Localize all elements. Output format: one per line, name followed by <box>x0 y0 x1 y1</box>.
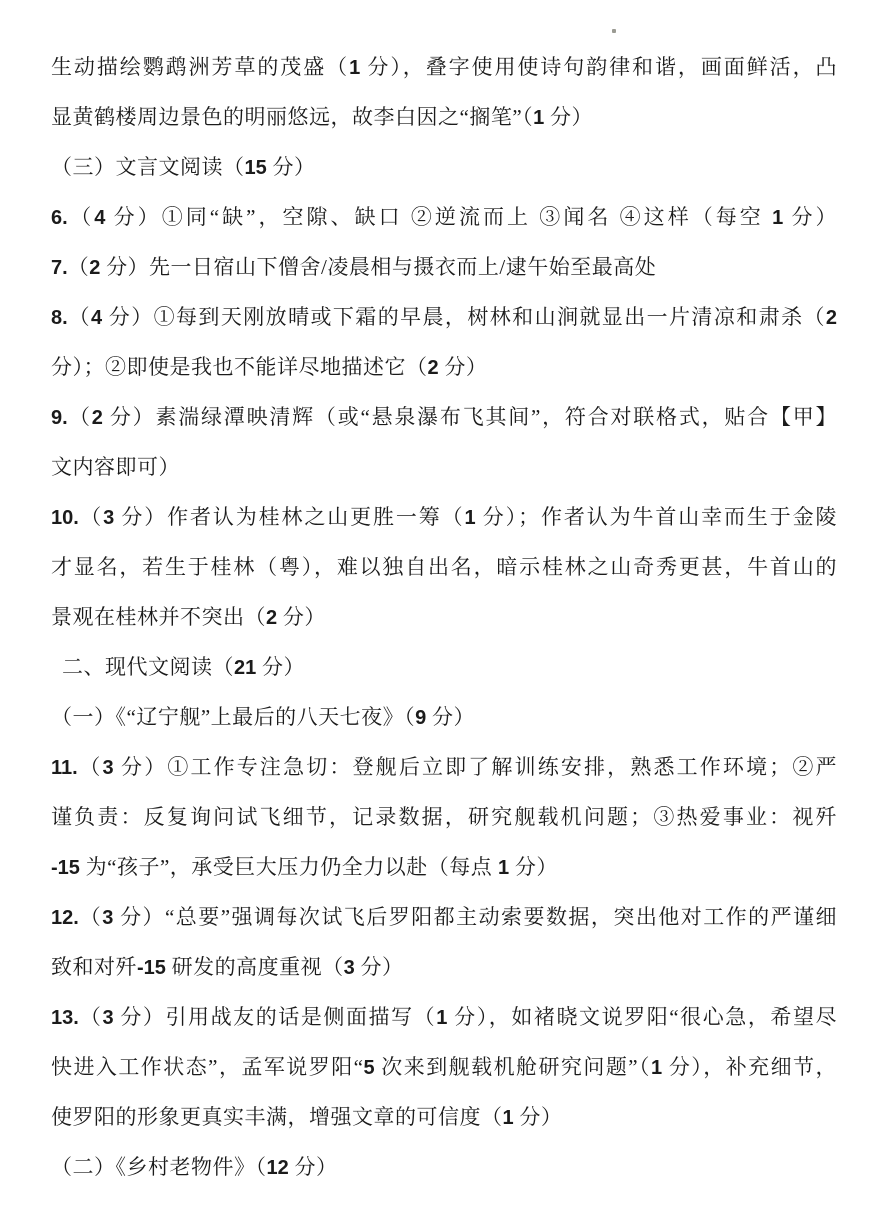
number-text: 2 <box>92 407 103 429</box>
number-text: 3 <box>102 907 113 929</box>
number-text: 1 <box>465 507 476 529</box>
number-text: -15 <box>51 857 80 879</box>
number-text: 1 <box>498 857 509 879</box>
number-text: 2 <box>89 257 100 279</box>
text-line: 10.（3 分）作者认为桂林之山更胜一筹（1 分）；作者认为牛首山幸而生于金陵 <box>51 492 837 542</box>
number-text: 1 <box>349 57 360 79</box>
number-text: 4 <box>91 307 102 329</box>
text-line: 文内容即可） <box>51 442 837 492</box>
text-line: -15 为“孩子”，承受巨大压力仍全力以赴（每点 1 分） <box>51 842 837 892</box>
answer-key-text-block: 生动描绘鹦鹉洲芳草的茂盛（1 分），叠字使用使诗句韵律和谐，画面鲜活，凸显黄鹤楼… <box>51 42 837 1192</box>
number-text: 1 <box>533 107 544 129</box>
number-text: 3 <box>103 507 114 529</box>
number-text: 3 <box>102 1007 113 1029</box>
number-text: 9 <box>415 707 426 729</box>
text-line: 才显名，若生于桂林（粤），难以独自出名，暗示桂林之山奇秀更甚，牛首山的 <box>51 542 837 592</box>
number-text: 9. <box>51 407 68 429</box>
number-text: 2 <box>826 307 837 329</box>
text-line: （一）《“辽宁舰”上最后的八天七夜》（9 分） <box>51 692 837 742</box>
number-text: 1 <box>503 1107 514 1129</box>
number-text: 2 <box>266 607 277 629</box>
text-line: 生动描绘鹦鹉洲芳草的茂盛（1 分），叠字使用使诗句韵律和谐，画面鲜活，凸 <box>51 42 837 92</box>
number-text: 3 <box>344 957 355 979</box>
number-text: 10. <box>51 507 79 529</box>
text-line: 显黄鹤楼周边景色的明丽悠远，故李白因之“搁笔”（1 分） <box>51 92 837 142</box>
text-line: 谨负责：反复询问试飞细节，记录数据，研究舰载机问题；③热爱事业：视歼 <box>51 792 837 842</box>
answer-key-page: 生动描绘鹦鹉洲芳草的茂盛（1 分），叠字使用使诗句韵律和谐，画面鲜活，凸显黄鹤楼… <box>0 0 888 1210</box>
number-text: 12. <box>51 907 79 929</box>
number-text: -15 <box>137 957 166 979</box>
text-line: 二、现代文阅读（21 分） <box>51 642 837 692</box>
text-line: 景观在桂林并不突出（2 分） <box>51 592 837 642</box>
text-line: 致和对歼-15 研发的高度重视（3 分） <box>51 942 837 992</box>
number-text: 7. <box>51 257 68 279</box>
number-text: 11. <box>51 757 78 779</box>
text-line: 使罗阳的形象更真实丰满，增强文章的可信度（1 分） <box>51 1092 837 1142</box>
text-line: 6.（4 分）①同“缺”，空隙、缺口 ②逆流而上 ③闻名 ④这样（每空 1 分） <box>51 192 837 242</box>
number-text: 6. <box>51 207 68 229</box>
text-line: （三）文言文阅读（15 分） <box>51 142 837 192</box>
text-line: 8.（4 分）①每到天刚放晴或下霜的早晨，树林和山涧就显出一片清凉和肃杀（2 <box>51 292 837 342</box>
text-line: 分）；②即使是我也不能详尽地描述它（2 分） <box>51 342 837 392</box>
number-text: 3 <box>103 757 114 779</box>
number-text: 8. <box>51 307 68 329</box>
number-text: 2 <box>428 357 439 379</box>
number-text: 1 <box>436 1007 447 1029</box>
text-line: 快进入工作状态”，孟军说罗阳“5 次来到舰载机舱研究问题”（1 分），补充细节， <box>51 1042 837 1092</box>
number-text: 12 <box>267 1157 289 1179</box>
number-text: 15 <box>245 157 267 179</box>
number-text: 5 <box>363 1057 374 1079</box>
number-text: 4 <box>94 207 105 229</box>
number-text: 13. <box>51 1007 79 1029</box>
number-text: 21 <box>234 657 256 679</box>
text-line: 13.（3 分）引用战友的话是侧面描写（1 分），如褚晓文说罗阳“很心急，希望尽 <box>51 992 837 1042</box>
text-line: 7.（2 分）先一日宿山下僧舍/凌晨相与摄衣而上/逮午始至最高处 <box>51 242 837 292</box>
text-line: 11.（3 分）①工作专注急切：登舰后立即了解训练安排，熟悉工作环境；②严 <box>51 742 837 792</box>
text-line: （二）《乡村老物件》（12 分） <box>51 1142 837 1192</box>
stray-mark-dot <box>612 29 616 33</box>
number-text: 1 <box>651 1057 662 1079</box>
number-text: 1 <box>772 207 783 229</box>
text-line: 12.（3 分）“总要”强调每次试飞后罗阳都主动索要数据，突出他对工作的严谨细 <box>51 892 837 942</box>
text-line: 9.（2 分）素湍绿潭映清辉（或“悬泉瀑布飞其间”，符合对联格式，贴合【甲】 <box>51 392 837 442</box>
